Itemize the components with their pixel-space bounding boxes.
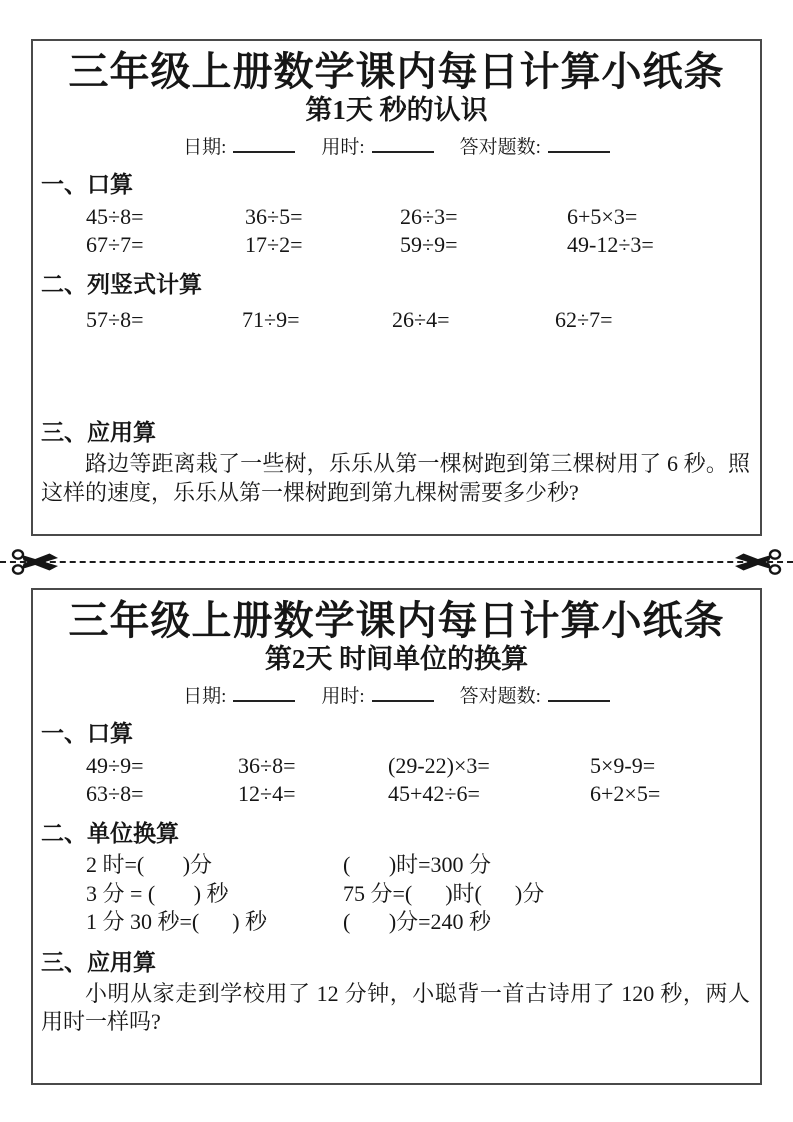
score-blank <box>548 685 610 702</box>
unit-conversion-item: 75 分=( )时( )分 <box>343 880 760 909</box>
oral-item: (29-22)×3= <box>388 752 590 780</box>
meta-line: 日期:用时:答对题数: <box>33 685 760 708</box>
vertical-item: 71÷9= <box>242 306 392 334</box>
unit-conversion-item: 2 时=( )分 <box>86 851 343 880</box>
unit-conversion-item: 3 分 = ( ) 秒 <box>86 880 343 909</box>
oral-grid: 45÷8= 36÷5= 26÷3= 6+5×3= 67÷7= 17÷2= 59÷… <box>33 203 760 259</box>
score-label: 答对题数: <box>460 137 541 158</box>
sheet-title: 三年级上册数学课内每日计算小纸条 <box>33 599 760 644</box>
time-label: 用时: <box>321 686 364 707</box>
section-heading-oral: 一、口算 <box>41 721 760 747</box>
unit-conversion-item: 1 分 30 秒=( ) 秒 <box>86 908 343 937</box>
date-blank <box>233 136 295 153</box>
section-heading-oral: 一、口算 <box>41 172 760 198</box>
oral-item: 12÷4= <box>238 780 388 808</box>
vertical-grid: 57÷8= 71÷9= 26÷4= 62÷7= <box>33 306 760 334</box>
oral-item: 45+42÷6= <box>388 780 590 808</box>
oral-grid: 49÷9= 36÷8= (29-22)×3= 5×9-9= 63÷8= 12÷4… <box>33 752 760 808</box>
scissors-right-icon <box>732 545 782 579</box>
time-label: 用时: <box>321 137 364 158</box>
oral-item: 17÷2= <box>245 231 400 259</box>
section-heading-word: 三、应用算 <box>41 420 760 446</box>
oral-item: 49÷9= <box>86 752 238 780</box>
score-blank <box>548 136 610 153</box>
worksheet-day1: 三年级上册数学课内每日计算小纸条 第1天 秒的认识 日期:用时:答对题数: 一、… <box>31 39 762 536</box>
sheet-title: 三年级上册数学课内每日计算小纸条 <box>33 50 760 95</box>
unit-conversion-item: ( )分=240 秒 <box>343 908 760 937</box>
vertical-item: 62÷7= <box>555 306 760 334</box>
worksheet-page: { "page": { "background": "#ffffff", "in… <box>0 0 793 1122</box>
word-problem: 路边等距离栽了一些树，乐乐从第一棵树跑到第三棵树用了 6 秒。照这样的速度，乐乐… <box>41 450 750 507</box>
unit-conversion-grid: 2 时=( )分 ( )时=300 分 3 分 = ( ) 秒 75 分=( )… <box>33 851 760 937</box>
oral-item: 5×9-9= <box>590 752 760 780</box>
sheet-subtitle: 第2天 时间单位的换算 <box>33 645 760 675</box>
oral-item: 49-12÷3= <box>567 231 760 259</box>
oral-item: 36÷5= <box>245 203 400 231</box>
section-heading-vertical: 二、列竖式计算 <box>41 272 760 298</box>
oral-item: 6+5×3= <box>567 203 760 231</box>
date-label: 日期: <box>183 137 226 158</box>
oral-item: 45÷8= <box>86 203 245 231</box>
sheet-subtitle: 第1天 秒的认识 <box>33 96 760 126</box>
oral-item: 63÷8= <box>86 780 238 808</box>
oral-item: 59÷9= <box>400 231 567 259</box>
oral-item: 6+2×5= <box>590 780 760 808</box>
scissors-left-icon <box>11 545 61 579</box>
vertical-item: 57÷8= <box>86 306 242 334</box>
section-heading-unit-conversion: 二、单位换算 <box>41 821 760 847</box>
section-heading-word: 三、应用算 <box>41 950 760 976</box>
word-problem: 小明从家走到学校用了 12 分钟，小聪背一首古诗用了 120 秒，两人用时一样吗… <box>41 980 750 1037</box>
score-label: 答对题数: <box>460 686 541 707</box>
time-blank <box>372 685 434 702</box>
oral-item: 26÷3= <box>400 203 567 231</box>
vertical-item: 26÷4= <box>392 306 555 334</box>
oral-item: 67÷7= <box>86 231 245 259</box>
date-blank <box>233 685 295 702</box>
time-blank <box>372 136 434 153</box>
oral-item: 36÷8= <box>238 752 388 780</box>
cut-line <box>0 561 793 563</box>
date-label: 日期: <box>183 686 226 707</box>
worksheet-day2: 三年级上册数学课内每日计算小纸条 第2天 时间单位的换算 日期:用时:答对题数:… <box>31 588 762 1085</box>
meta-line: 日期:用时:答对题数: <box>33 136 760 159</box>
unit-conversion-item: ( )时=300 分 <box>343 851 760 880</box>
